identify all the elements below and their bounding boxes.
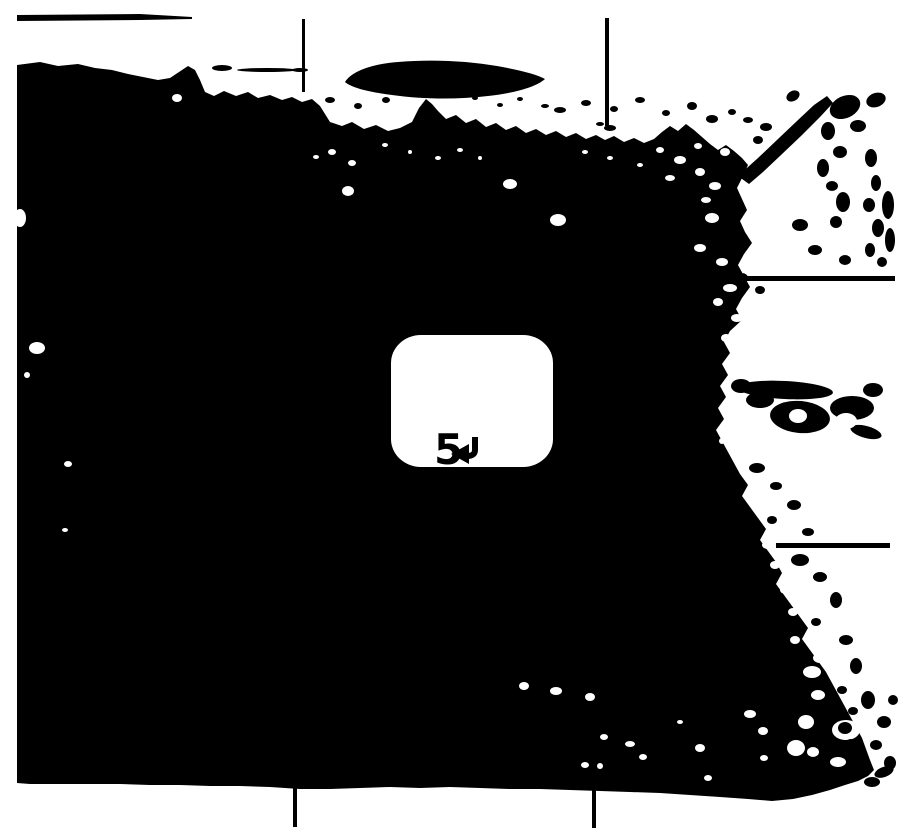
speckle-dot (24, 372, 30, 378)
debris-blob (596, 122, 604, 126)
speckle-dot (739, 451, 751, 459)
speckle-dot (730, 357, 740, 363)
speckle-dot (760, 755, 768, 761)
island-blob (848, 707, 858, 715)
speckle-dot (695, 168, 705, 176)
debris-blob (830, 216, 842, 228)
debris-blob (863, 383, 883, 397)
floating-streak-blob (345, 61, 545, 99)
debris-blob (850, 658, 862, 674)
debris-blob (749, 463, 765, 473)
debris-blob (237, 68, 297, 72)
debris-blob (412, 93, 418, 97)
speckle-dot (788, 608, 798, 616)
speckle-dot (14, 209, 26, 227)
debris-blob (813, 572, 827, 582)
speckle-dot (585, 693, 595, 701)
speckle-dot (408, 150, 412, 154)
debris-blob (802, 528, 814, 536)
registration-tick-top-right (605, 18, 609, 126)
speckle-dot (677, 720, 683, 724)
debris-blob (662, 110, 670, 116)
debris-blob (354, 103, 362, 109)
registration-tick-bottom-right (592, 763, 596, 828)
speckle-dot (803, 666, 821, 678)
speckle-dot (705, 213, 719, 223)
figure-canvas: 5 (0, 0, 904, 839)
scanned-patent-figure: 5 (0, 0, 904, 839)
debris-blob (850, 120, 866, 132)
speckle-dot (637, 163, 643, 167)
debris-blob (792, 219, 808, 231)
debris-blob (836, 192, 850, 212)
speckle-dot (731, 314, 743, 322)
debris-blob (808, 245, 822, 255)
speckle-dot (582, 150, 588, 154)
speckle-dot (790, 636, 800, 644)
debris-blob (325, 97, 335, 103)
debris-blob (687, 102, 697, 110)
speckle-dot (597, 763, 603, 769)
debris-blob (865, 149, 877, 167)
debris-blob (292, 68, 308, 72)
debris-blob (753, 136, 763, 144)
speckle-dot (665, 175, 675, 181)
debris-blob (865, 243, 875, 257)
speckle-dot (723, 284, 737, 292)
debris-blob (877, 257, 887, 267)
speckle-dot (64, 461, 72, 467)
debris-blob (882, 191, 894, 219)
speckle-dot (713, 298, 723, 306)
debris-blob (787, 500, 801, 510)
debris-blob (755, 286, 765, 294)
speckle-dot (328, 149, 336, 155)
speckle-dot (807, 747, 819, 757)
speckle-dot (789, 409, 807, 423)
speckle-dot (674, 156, 686, 164)
speckle-dot (716, 258, 728, 266)
speckle-dot (787, 740, 805, 756)
speckle-dot (625, 741, 635, 747)
debris-blob (839, 635, 853, 645)
debris-blob (212, 65, 232, 71)
debris-blob (746, 392, 774, 408)
speckle-dot (725, 425, 733, 431)
speckle-dot (747, 474, 757, 482)
debris-blob (817, 159, 829, 177)
debris-blob (784, 88, 801, 104)
island-blob (832, 701, 840, 707)
speckle-dot (503, 179, 517, 189)
debris-blob (821, 122, 835, 140)
speckle-dot (798, 715, 814, 729)
debris-blob (581, 100, 591, 106)
debris-blob (871, 175, 881, 191)
debris-blob (864, 777, 880, 787)
debris-blob (770, 482, 782, 490)
speckle-dot (701, 197, 711, 203)
speckle-dot (550, 687, 562, 695)
speckle-dot (807, 628, 825, 640)
speckle-dot (656, 147, 664, 153)
speckle-dot (755, 495, 765, 501)
speckle-dot (550, 214, 566, 226)
speckle-dot (729, 405, 737, 411)
debris-blob (635, 97, 645, 103)
debris-blob (497, 103, 503, 107)
debris-blob (864, 90, 888, 110)
debris-blob (826, 90, 864, 123)
debris-blob (554, 107, 566, 113)
speckle-dot (607, 156, 613, 160)
debris-blob (446, 90, 454, 94)
debris-blob (826, 181, 838, 191)
registration-tick-top-left (302, 19, 305, 92)
speckle-dot (830, 757, 846, 767)
debris-blob (877, 716, 891, 728)
speckle-dot (435, 156, 441, 160)
debris-blob (863, 198, 875, 212)
speckle-dot (719, 438, 725, 444)
speckle-dot (780, 586, 792, 594)
debris-blob (731, 379, 751, 393)
speckle-dot (694, 143, 702, 149)
speckle-dot (709, 182, 721, 190)
speckle-dot (313, 155, 319, 159)
debris-blob (830, 592, 842, 608)
debris-blob (760, 123, 772, 131)
debris-blob (811, 618, 821, 626)
speckle-dot (600, 734, 608, 740)
debris-blob (743, 117, 753, 123)
speckle-dot (762, 541, 774, 549)
speckle-dot (758, 727, 768, 735)
debris-blob (885, 228, 895, 252)
top-left-rule (17, 14, 192, 21)
island-blob (838, 722, 852, 734)
debris-blob (870, 740, 882, 750)
debris-blob (706, 115, 718, 123)
speckle-dot (172, 94, 182, 102)
speckle-dot (835, 413, 857, 429)
debris-blob (837, 686, 847, 694)
right-rule-upper (737, 276, 895, 281)
speckle-dot (478, 156, 482, 160)
island-blob (846, 739, 856, 745)
label-window-group: 5 (391, 335, 553, 474)
right-rule-lower (776, 543, 890, 548)
reference-numeral: 5 (434, 425, 463, 474)
debris-blob (839, 255, 851, 265)
speckle-dot (770, 561, 780, 569)
speckle-dot (519, 682, 529, 690)
speckle-dot (457, 148, 463, 152)
speckle-dot (704, 775, 712, 781)
debris-blob (833, 146, 847, 158)
debris-blob (541, 104, 549, 108)
speckle-dot (29, 342, 45, 354)
speckle-dot (342, 186, 354, 196)
speckle-dot (813, 653, 827, 663)
registration-tick-bottom-left (293, 787, 297, 827)
debris-blob (888, 695, 898, 705)
speckle-dot (695, 744, 705, 752)
speckle-dot (348, 160, 356, 166)
speckle-dot (62, 528, 68, 532)
debris-blob (861, 691, 875, 709)
debris-blob (610, 106, 618, 112)
debris-blob (472, 96, 478, 100)
debris-blob (791, 554, 809, 566)
speckle-dot (639, 754, 647, 760)
speckle-dot (694, 244, 706, 252)
speckle-dot (744, 710, 756, 718)
speckle-dot (382, 143, 388, 147)
debris-blob (872, 219, 884, 237)
speckle-dot (720, 148, 730, 156)
debris-blob (728, 109, 736, 115)
debris-blob (382, 97, 390, 103)
speckle-dot (811, 690, 825, 700)
debris-blob (517, 97, 523, 101)
debris-blob (767, 516, 777, 524)
speckle-dot (721, 334, 731, 342)
speckle-dot (581, 762, 589, 768)
